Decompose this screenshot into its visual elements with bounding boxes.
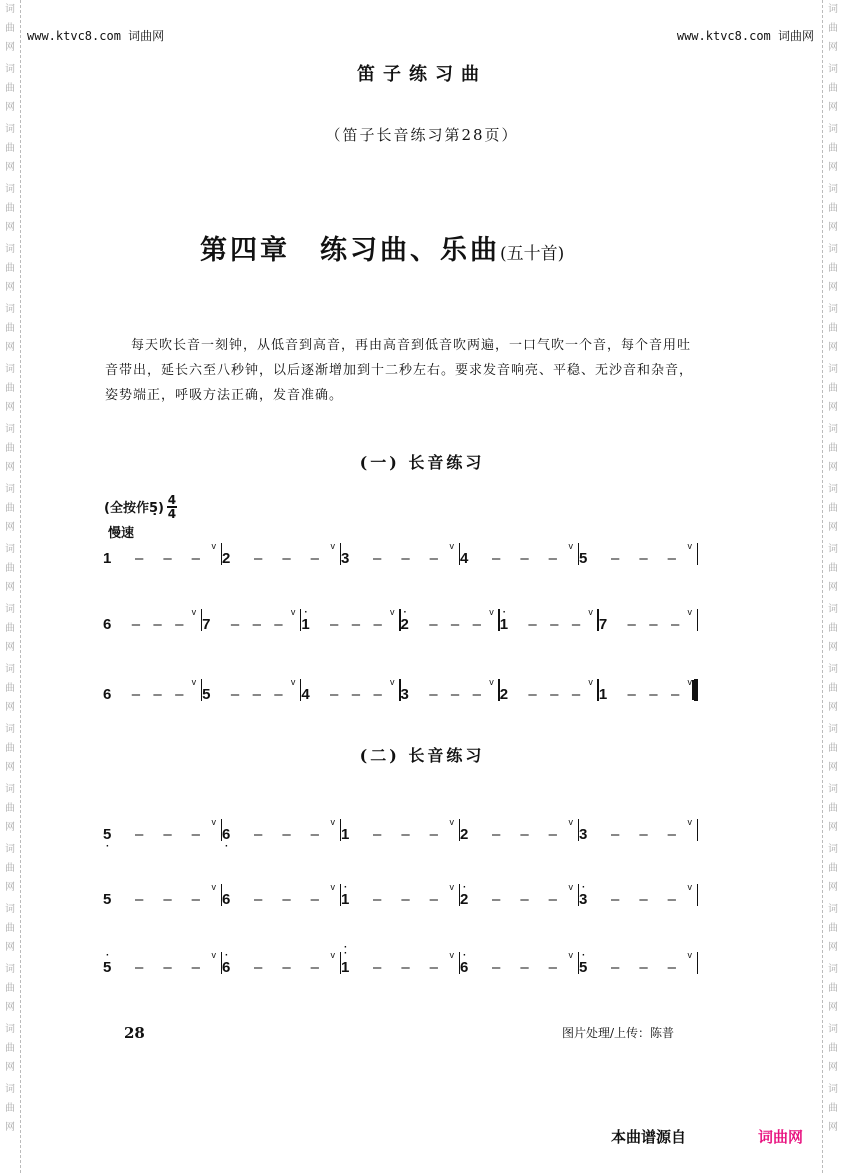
sustain-dash: – bbox=[272, 959, 300, 976]
sustain-dash: – bbox=[153, 826, 181, 843]
watermark-group: 词曲网 bbox=[823, 840, 843, 900]
measure: 1–––v bbox=[599, 673, 698, 703]
sustain-dash: – bbox=[601, 959, 629, 976]
score-line: 5·–––v6·–––v1–––v2–––v3–––v bbox=[103, 813, 698, 843]
watermark-group: 词曲网 bbox=[823, 0, 843, 60]
breath-mark-icon: v bbox=[569, 817, 574, 827]
sustain-dash: – bbox=[323, 686, 345, 703]
note: 6 bbox=[222, 891, 244, 908]
breath-mark-icon: v bbox=[688, 817, 693, 827]
sustain-dash: – bbox=[539, 959, 567, 976]
note: 4 bbox=[460, 550, 482, 567]
note: 3 bbox=[579, 826, 601, 843]
note: 5· bbox=[579, 959, 601, 976]
sustain-dash: – bbox=[147, 686, 169, 703]
sustain-dash: – bbox=[153, 959, 181, 976]
page-subtitle: （笛子长音练习第28页） bbox=[0, 124, 844, 145]
watermark-group: 词曲网 bbox=[823, 780, 843, 840]
watermark-group: 词曲网 bbox=[0, 300, 20, 360]
breath-mark-icon: v bbox=[291, 677, 296, 687]
measure: 1·–––v bbox=[500, 603, 599, 633]
sustain-dash: – bbox=[565, 686, 587, 703]
sustain-dash: – bbox=[125, 686, 147, 703]
breath-mark-icon: v bbox=[450, 541, 455, 551]
watermark-group: 词曲网 bbox=[823, 240, 843, 300]
breath-mark-icon: v bbox=[588, 677, 593, 687]
note: 6 bbox=[103, 686, 125, 703]
breath-mark-icon: v bbox=[688, 950, 693, 960]
note: 1·· bbox=[341, 959, 363, 976]
note: 7 bbox=[599, 616, 621, 633]
breath-mark-icon: v bbox=[688, 607, 693, 617]
sustain-dash: – bbox=[629, 959, 657, 976]
sustain-dash: – bbox=[444, 616, 466, 633]
sustain-dash: – bbox=[510, 891, 538, 908]
watermark-group: 词曲网 bbox=[0, 660, 20, 720]
note: 5· bbox=[103, 959, 125, 976]
note: 1· bbox=[301, 616, 323, 633]
fingering-label: (全按作5̣) bbox=[104, 497, 164, 516]
sustain-dash: – bbox=[268, 686, 290, 703]
measure: 2–––v bbox=[500, 673, 599, 703]
sustain-dash: – bbox=[601, 891, 629, 908]
measure: 2–––v bbox=[222, 537, 341, 567]
barline bbox=[697, 884, 699, 906]
barline bbox=[697, 543, 699, 565]
measure: 1–––v bbox=[341, 813, 460, 843]
watermark-group: 词曲网 bbox=[0, 240, 20, 300]
sustain-dash: – bbox=[345, 616, 367, 633]
sustain-dash: – bbox=[658, 550, 686, 567]
note: 6· bbox=[222, 959, 244, 976]
breath-mark-icon: v bbox=[450, 817, 455, 827]
watermark-group: 词曲网 bbox=[0, 360, 20, 420]
sustain-dash: – bbox=[125, 891, 153, 908]
breath-mark-icon: v bbox=[489, 607, 494, 617]
sustain-dash: – bbox=[363, 891, 391, 908]
sustain-dash: – bbox=[423, 686, 445, 703]
sustain-dash: – bbox=[621, 616, 643, 633]
watermark-group: 词曲网 bbox=[823, 1020, 843, 1080]
sustain-dash: – bbox=[482, 826, 510, 843]
measure: 7–––v bbox=[599, 603, 698, 633]
sustain-dash: – bbox=[244, 550, 272, 567]
breath-mark-icon: v bbox=[212, 882, 217, 892]
measure: 4–––v bbox=[460, 537, 579, 567]
measure: 6·–––v bbox=[222, 946, 341, 976]
watermark-group: 词曲网 bbox=[0, 480, 20, 540]
measure: 3–––v bbox=[579, 813, 698, 843]
sustain-dash: – bbox=[168, 686, 190, 703]
sustain-dash: – bbox=[565, 616, 587, 633]
sustain-dash: – bbox=[246, 616, 268, 633]
sustain-dash: – bbox=[643, 616, 665, 633]
breath-mark-icon: v bbox=[192, 607, 197, 617]
site-watermark-right: www.ktvc8.com 词曲网 bbox=[677, 27, 814, 44]
sustain-dash: – bbox=[345, 686, 367, 703]
watermark-group: 词曲网 bbox=[823, 600, 843, 660]
sustain-dash: – bbox=[539, 826, 567, 843]
breath-mark-icon: v bbox=[390, 677, 395, 687]
barline bbox=[697, 819, 699, 841]
watermark-group: 词曲网 bbox=[0, 600, 20, 660]
score-line: 6–––v5–––v4–––v3–––v2–––v1–––v bbox=[103, 673, 698, 703]
watermark-group: 词曲网 bbox=[0, 900, 20, 960]
sustain-dash: – bbox=[629, 891, 657, 908]
sustain-dash: – bbox=[125, 616, 147, 633]
breath-mark-icon: v bbox=[688, 677, 693, 687]
measure: 3·–––v bbox=[579, 878, 698, 908]
breath-mark-icon: v bbox=[569, 950, 574, 960]
measure: 2–––v bbox=[460, 813, 579, 843]
score-line: 5·–––v6·–––v1··–––v6·–––v5·–––v bbox=[103, 946, 698, 976]
note: 2 bbox=[460, 826, 482, 843]
measure: 1–––v bbox=[103, 537, 222, 567]
sustain-dash: – bbox=[125, 959, 153, 976]
sustain-dash: – bbox=[272, 891, 300, 908]
sustain-dash: – bbox=[125, 550, 153, 567]
time-signature: 4 4 bbox=[167, 494, 177, 520]
note: 4 bbox=[301, 686, 323, 703]
upload-credit: 图片处理/上传：陈普 bbox=[562, 1024, 674, 1041]
measure: 5·–––v bbox=[103, 813, 222, 843]
sustain-dash: – bbox=[510, 826, 538, 843]
sustain-dash: – bbox=[244, 826, 272, 843]
breath-mark-icon: v bbox=[192, 677, 197, 687]
sustain-dash: – bbox=[643, 686, 665, 703]
sustain-dash: – bbox=[363, 826, 391, 843]
sustain-dash: – bbox=[466, 686, 488, 703]
sustain-dash: – bbox=[543, 616, 565, 633]
breath-mark-icon: v bbox=[212, 950, 217, 960]
breath-mark-icon: v bbox=[291, 607, 296, 617]
sustain-dash: – bbox=[629, 550, 657, 567]
final-barline bbox=[694, 679, 698, 701]
sustain-dash: – bbox=[301, 959, 329, 976]
note: 3 bbox=[341, 550, 363, 567]
sustain-dash: – bbox=[391, 959, 419, 976]
watermark-group: 词曲网 bbox=[0, 1080, 20, 1140]
sustain-dash: – bbox=[363, 550, 391, 567]
note: 6 bbox=[103, 616, 125, 633]
note: 3 bbox=[401, 686, 423, 703]
chapter-heading: 第四章 练习曲、乐曲(五十首) bbox=[200, 228, 564, 267]
sustain-dash: – bbox=[466, 616, 488, 633]
note: 5 bbox=[202, 686, 224, 703]
barline bbox=[697, 609, 699, 631]
note: 2 bbox=[500, 686, 522, 703]
page-number: 28 bbox=[124, 1024, 145, 1042]
watermark-group: 词曲网 bbox=[823, 180, 843, 240]
breath-mark-icon: v bbox=[688, 882, 693, 892]
watermark-group: 词曲网 bbox=[0, 0, 20, 60]
breath-mark-icon: v bbox=[212, 817, 217, 827]
sustain-dash: – bbox=[147, 616, 169, 633]
measure: 2·–––v bbox=[401, 603, 500, 633]
score-line: 6–––v7–––v1·–––v2·–––v1·–––v7–––v bbox=[103, 603, 698, 633]
breath-mark-icon: v bbox=[450, 882, 455, 892]
sustain-dash: – bbox=[658, 891, 686, 908]
sustain-dash: – bbox=[629, 826, 657, 843]
sustain-dash: – bbox=[301, 826, 329, 843]
watermark-group: 词曲网 bbox=[823, 660, 843, 720]
note: 1· bbox=[341, 891, 363, 908]
sustain-dash: – bbox=[224, 686, 246, 703]
measure: 3–––v bbox=[341, 537, 460, 567]
measure: 6·–––v bbox=[460, 946, 579, 976]
sustain-dash: – bbox=[246, 686, 268, 703]
watermark-group: 词曲网 bbox=[0, 180, 20, 240]
measure: 5·–––v bbox=[579, 946, 698, 976]
sustain-dash: – bbox=[658, 826, 686, 843]
watermark-group: 词曲网 bbox=[823, 360, 843, 420]
breath-mark-icon: v bbox=[212, 541, 217, 551]
section-heading-1: (一) 长音练习 bbox=[0, 450, 844, 473]
section-heading-2: (二) 长音练习 bbox=[0, 743, 844, 766]
watermark-group: 词曲网 bbox=[823, 300, 843, 360]
sustain-dash: – bbox=[482, 891, 510, 908]
measure: 6–––v bbox=[103, 673, 202, 703]
sustain-dash: – bbox=[367, 616, 389, 633]
sustain-dash: – bbox=[391, 826, 419, 843]
watermark-group: 词曲网 bbox=[0, 540, 20, 600]
sustain-dash: – bbox=[444, 686, 466, 703]
sustain-dash: – bbox=[182, 891, 210, 908]
measure: 1·–––v bbox=[341, 878, 460, 908]
measure: 6·–––v bbox=[222, 813, 341, 843]
watermark-group: 词曲网 bbox=[823, 900, 843, 960]
sustain-dash: – bbox=[224, 616, 246, 633]
sustain-dash: – bbox=[539, 550, 567, 567]
breath-mark-icon: v bbox=[569, 541, 574, 551]
sustain-dash: – bbox=[621, 686, 643, 703]
measure: 4–––v bbox=[301, 673, 400, 703]
chapter-count: (五十首) bbox=[500, 244, 564, 264]
note: 5· bbox=[103, 826, 125, 843]
note: 6· bbox=[460, 959, 482, 976]
watermark-group: 词曲网 bbox=[0, 960, 20, 1020]
measure: 6–––v bbox=[222, 878, 341, 908]
watermark-group: 词曲网 bbox=[0, 1020, 20, 1080]
measure: 1·–––v bbox=[301, 603, 400, 633]
sustain-dash: – bbox=[391, 550, 419, 567]
sustain-dash: – bbox=[420, 826, 448, 843]
breath-mark-icon: v bbox=[331, 541, 336, 551]
measure: 1··–––v bbox=[341, 946, 460, 976]
breath-mark-icon: v bbox=[331, 950, 336, 960]
note: 5 bbox=[103, 891, 125, 908]
note: 2· bbox=[460, 891, 482, 908]
measure: 5–––v bbox=[579, 537, 698, 567]
sustain-dash: – bbox=[244, 959, 272, 976]
breath-mark-icon: v bbox=[489, 677, 494, 687]
barline bbox=[697, 952, 699, 974]
breath-mark-icon: v bbox=[588, 607, 593, 617]
measure: 5·–––v bbox=[103, 946, 222, 976]
measure: 5–––v bbox=[202, 673, 301, 703]
sustain-dash: – bbox=[168, 616, 190, 633]
watermark-group: 词曲网 bbox=[823, 480, 843, 540]
source-label: 本曲谱源自 bbox=[611, 1126, 686, 1147]
note: 1· bbox=[500, 616, 522, 633]
watermark-group: 词曲网 bbox=[0, 780, 20, 840]
note: 6· bbox=[222, 826, 244, 843]
time-signature-top: 4 bbox=[168, 494, 176, 506]
breath-mark-icon: v bbox=[688, 541, 693, 551]
sustain-dash: – bbox=[522, 616, 544, 633]
sustain-dash: – bbox=[664, 686, 686, 703]
sustain-dash: – bbox=[420, 891, 448, 908]
left-watermark-column: 词曲网词曲网词曲网词曲网词曲网词曲网词曲网词曲网词曲网词曲网词曲网词曲网词曲网词… bbox=[0, 0, 20, 1140]
breath-mark-icon: v bbox=[569, 882, 574, 892]
watermark-group: 词曲网 bbox=[823, 540, 843, 600]
note: 5 bbox=[579, 550, 601, 567]
sustain-dash: – bbox=[420, 959, 448, 976]
breath-mark-icon: v bbox=[450, 950, 455, 960]
note: 1 bbox=[341, 826, 363, 843]
sustain-dash: – bbox=[482, 959, 510, 976]
sustain-dash: – bbox=[153, 891, 181, 908]
sustain-dash: – bbox=[391, 891, 419, 908]
sustain-dash: – bbox=[272, 550, 300, 567]
intro-paragraph: 每天吹长音一刻钟，从低音到高音，再由高音到低音吹两遍，一口气吹一个音，每个音用吐… bbox=[105, 333, 703, 408]
watermark-group: 词曲网 bbox=[823, 1080, 843, 1140]
sustain-dash: – bbox=[323, 616, 345, 633]
page-title: 笛子练习曲 bbox=[0, 60, 844, 86]
source-brand: 词曲网 bbox=[758, 1126, 803, 1147]
sustain-dash: – bbox=[125, 826, 153, 843]
sustain-dash: – bbox=[367, 686, 389, 703]
sustain-dash: – bbox=[420, 550, 448, 567]
watermark-group: 词曲网 bbox=[0, 840, 20, 900]
sustain-dash: – bbox=[539, 891, 567, 908]
right-margin-border: 词曲网词曲网词曲网词曲网词曲网词曲网词曲网词曲网词曲网词曲网词曲网词曲网词曲网词… bbox=[822, 0, 843, 1173]
fingering-note: (全按作5̣) 4 4 bbox=[104, 494, 177, 520]
breath-mark-icon: v bbox=[390, 607, 395, 617]
note: 3· bbox=[579, 891, 601, 908]
sustain-dash: – bbox=[182, 826, 210, 843]
time-signature-bottom: 4 bbox=[168, 508, 176, 520]
breath-mark-icon: v bbox=[331, 817, 336, 827]
sustain-dash: – bbox=[664, 616, 686, 633]
left-margin-border: 词曲网词曲网词曲网词曲网词曲网词曲网词曲网词曲网词曲网词曲网词曲网词曲网词曲网词… bbox=[0, 0, 21, 1173]
note: 2· bbox=[401, 616, 423, 633]
sustain-dash: – bbox=[153, 550, 181, 567]
sustain-dash: – bbox=[510, 959, 538, 976]
sustain-dash: – bbox=[510, 550, 538, 567]
breath-mark-icon: v bbox=[331, 882, 336, 892]
sustain-dash: – bbox=[543, 686, 565, 703]
sustain-dash: – bbox=[522, 686, 544, 703]
sustain-dash: – bbox=[601, 550, 629, 567]
sustain-dash: – bbox=[301, 550, 329, 567]
measure: 3–––v bbox=[401, 673, 500, 703]
measure: 6–––v bbox=[103, 603, 202, 633]
sustain-dash: – bbox=[363, 959, 391, 976]
sustain-dash: – bbox=[182, 959, 210, 976]
sustain-dash: – bbox=[482, 550, 510, 567]
note: 1 bbox=[599, 686, 621, 703]
sustain-dash: – bbox=[658, 959, 686, 976]
measure: 7–––v bbox=[202, 603, 301, 633]
measure: 5–––v bbox=[103, 878, 222, 908]
sustain-dash: – bbox=[423, 616, 445, 633]
sustain-dash: – bbox=[601, 826, 629, 843]
sustain-dash: – bbox=[301, 891, 329, 908]
watermark-group: 词曲网 bbox=[823, 960, 843, 1020]
sustain-dash: – bbox=[244, 891, 272, 908]
note: 1 bbox=[103, 550, 125, 567]
right-watermark-column: 词曲网词曲网词曲网词曲网词曲网词曲网词曲网词曲网词曲网词曲网词曲网词曲网词曲网词… bbox=[823, 0, 843, 1140]
note: 7 bbox=[202, 616, 224, 633]
note: 2 bbox=[222, 550, 244, 567]
score-line: 5–––v6–––v1·–––v2·–––v3·–––v bbox=[103, 878, 698, 908]
site-watermark-left: www.ktvc8.com 词曲网 bbox=[27, 27, 164, 44]
sustain-dash: – bbox=[272, 826, 300, 843]
sustain-dash: – bbox=[268, 616, 290, 633]
score-line: 1–––v2–––v3–––v4–––v5–––v bbox=[103, 537, 698, 567]
chapter-title: 第四章 练习曲、乐曲 bbox=[200, 235, 500, 266]
measure: 2·–––v bbox=[460, 878, 579, 908]
sustain-dash: – bbox=[182, 550, 210, 567]
